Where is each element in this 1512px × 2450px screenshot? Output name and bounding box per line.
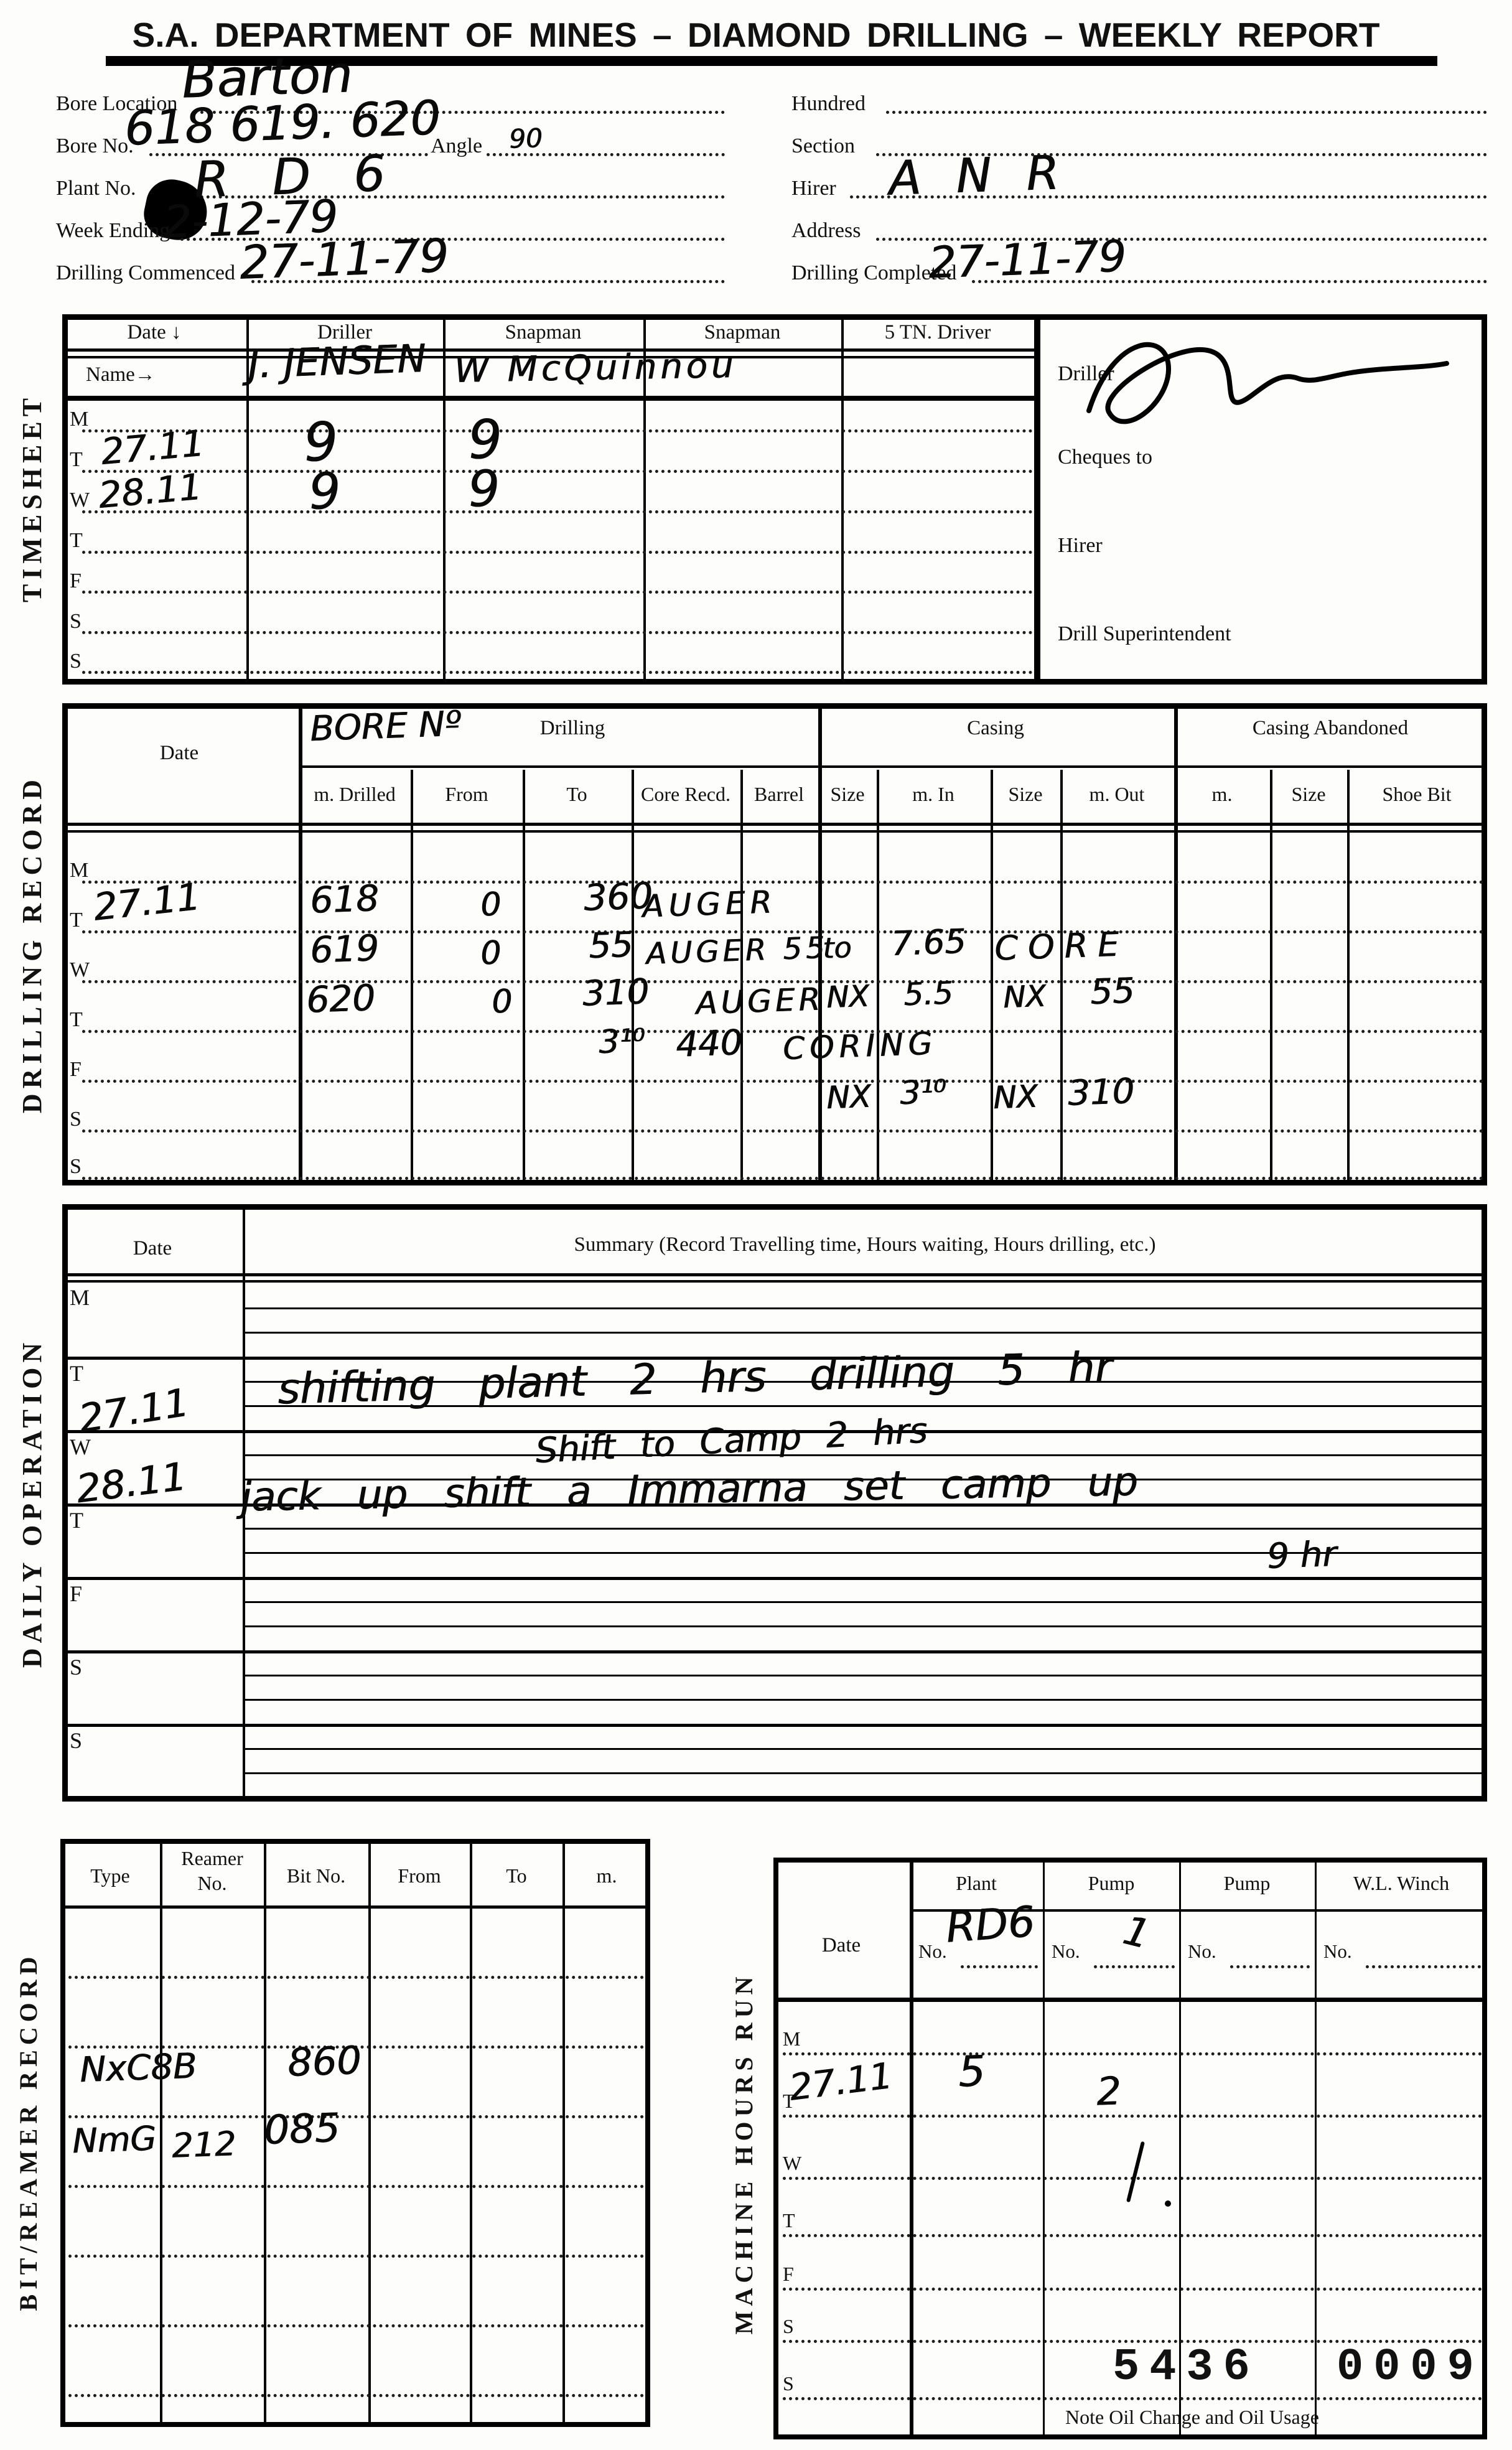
mh-day-label: S xyxy=(783,2315,794,2338)
timesheet-day-label: M xyxy=(70,408,88,431)
dr-s-casing-size2: NX xyxy=(992,1081,1038,1113)
driller-signature xyxy=(1070,324,1462,454)
meter-stamp-left: 5436 xyxy=(1113,2345,1260,2390)
writing-rule xyxy=(245,1699,1487,1701)
mh-day-label: S xyxy=(783,2372,794,2395)
dr-t-date: 27.11 xyxy=(91,878,202,927)
dr-t2-bore: 620 xyxy=(306,980,376,1018)
drill-superintendent-label: Drill Superintendent xyxy=(1058,622,1231,646)
mh-col-pump1: Pump xyxy=(1088,1872,1135,1895)
mh-day-label: M xyxy=(783,2027,800,2050)
dr-t2-from: 0 xyxy=(491,985,513,1018)
br-col-to: To xyxy=(506,1864,526,1887)
br-entry1-type: NxC8B xyxy=(79,2049,197,2088)
sign-hirer-label: Hirer xyxy=(1058,534,1103,558)
dr-day-label: M xyxy=(70,859,88,882)
dr-f-to: 3¹⁰ xyxy=(598,1025,646,1059)
br-entry2-bit-no: 085 xyxy=(263,2108,340,2151)
group-rule xyxy=(299,765,1487,768)
drilling-completed-value: 27-11-79 xyxy=(928,234,1127,284)
dr-w-casing-to: to xyxy=(822,933,852,963)
dr-w-core: AUGER 55 xyxy=(645,933,829,969)
meter-stamp-right: 0009 xyxy=(1337,2345,1484,2390)
hundred-label: Hundred xyxy=(791,92,866,116)
row-line xyxy=(82,1129,1484,1133)
dr-t2-to: 310 xyxy=(582,975,650,1012)
writing-rule xyxy=(245,1307,1487,1309)
br-entry2-type: NmG xyxy=(72,2122,157,2159)
snapman-name-value: W McQuinnou xyxy=(454,348,737,388)
writing-rule xyxy=(245,1454,1487,1456)
dr-col-m: m. xyxy=(1212,783,1233,806)
dr-group-casing-abandoned: Casing Abandoned xyxy=(1253,717,1408,740)
mh-plant-no-label: No. xyxy=(918,1940,947,1963)
weekly-report-form: S.A. DEPARTMENT OF MINES – DIAMOND DRILL… xyxy=(0,0,1512,2450)
dr-t-core: AUGER xyxy=(642,886,777,922)
group-divider xyxy=(1174,703,1178,1185)
writing-rule xyxy=(245,1748,1487,1750)
dr-col-m-out: m. Out xyxy=(1090,783,1145,806)
hirer-label: Hirer xyxy=(791,177,836,200)
header-rule xyxy=(773,1998,1487,2002)
bore-no-label: Bore No. xyxy=(56,134,134,158)
writing-rule xyxy=(245,1332,1487,1334)
dotted-line xyxy=(1230,1965,1310,1968)
dr-t-from: 0 xyxy=(480,888,502,921)
dr-col-m-in: m. In xyxy=(912,783,954,806)
br-col-m: m. xyxy=(597,1864,617,1887)
column-divider xyxy=(562,1839,565,2427)
timesheet-day-label: T xyxy=(70,529,83,553)
timesheet-day-label: W xyxy=(70,489,90,512)
row-line xyxy=(82,591,1033,594)
timesheet-day-label: F xyxy=(70,569,82,593)
week-ending-label: Week Ending xyxy=(56,219,170,243)
dr-group-casing: Casing xyxy=(967,717,1024,740)
do-day-label: M xyxy=(70,1284,90,1311)
column-divider xyxy=(160,1839,162,2427)
row-line xyxy=(68,2324,644,2327)
br-entry2-reamer-no: 212 xyxy=(171,2127,236,2163)
mh-winch-no-label: No. xyxy=(1323,1940,1352,1963)
dr-w-casing-out: CORE xyxy=(994,927,1129,966)
dr-t-bore: 618 xyxy=(309,880,380,919)
dr-t2-casing-size1: NX xyxy=(826,981,869,1012)
mh-col-pump2: Pump xyxy=(1224,1872,1271,1895)
header-rule xyxy=(60,1905,650,1909)
dr-f-core: 440 xyxy=(675,1026,743,1063)
machine-hours-section-label: MACHINE HOURS RUN xyxy=(732,1972,757,2335)
column-divider xyxy=(910,1858,913,2439)
dr-bore-no-handwritten: BORE Nº xyxy=(309,707,462,747)
mh-col-plant: Plant xyxy=(956,1872,997,1895)
column-divider xyxy=(1315,1858,1317,2439)
dr-col-size1: Size xyxy=(830,783,864,806)
dr-f-barrel: CORING xyxy=(782,1028,938,1065)
mh-t-plant-hours: 5 xyxy=(958,2050,986,2093)
timesheet-w-driller-hours: 9 xyxy=(308,466,342,517)
br-col-bit-no: Bit No. xyxy=(287,1864,345,1887)
row-line xyxy=(82,1177,1484,1180)
column-divider xyxy=(841,314,844,685)
dr-w-to: 55 xyxy=(588,928,633,964)
row-line xyxy=(783,2397,1482,2400)
dr-day-label: T xyxy=(70,909,83,932)
header-rule xyxy=(62,1280,1487,1283)
section-label: Section xyxy=(791,134,855,158)
header-rule xyxy=(62,1273,1487,1276)
dr-s-casing-out: 310 xyxy=(1067,1074,1135,1111)
dr-col-m-drilled: m. Drilled xyxy=(314,783,396,806)
mh-day-label: T xyxy=(783,2209,795,2232)
dr-w-from: 0 xyxy=(480,937,502,970)
row-line xyxy=(783,2234,1482,2237)
do-w-summary-line3: 9 hr xyxy=(1266,1537,1337,1574)
row-line xyxy=(82,551,1033,554)
timesheet-day-label: S xyxy=(70,610,82,634)
column-divider xyxy=(443,314,446,685)
br-entry1-bit-no: 860 xyxy=(287,2041,362,2082)
drilling-commenced-value: 27-11-79 xyxy=(239,233,449,286)
dr-day-label: T xyxy=(70,1008,83,1032)
dr-t2-casing-size2: NX xyxy=(1002,981,1046,1012)
row-boundary xyxy=(62,1577,1487,1580)
do-summary-header: Summary (Record Travelling time, Hours w… xyxy=(574,1233,1156,1256)
row-boundary xyxy=(62,1724,1487,1727)
row-line xyxy=(68,2185,644,2188)
angle-value: 90 xyxy=(508,125,543,152)
row-line xyxy=(82,470,1033,473)
timesheet-w-snapman-hours: 9 xyxy=(467,464,501,515)
timesheet-section-label: TIMESHEET xyxy=(19,393,46,602)
mh-t-pump-hours: 2 xyxy=(1096,2072,1122,2111)
timesheet-day-label: S xyxy=(70,650,82,673)
dr-col-shoe-bit: Shoe Bit xyxy=(1382,783,1451,806)
dr-col-size3: Size xyxy=(1291,783,1325,806)
row-line xyxy=(82,510,1033,513)
mh-date-header: Date xyxy=(822,1934,861,1957)
mh-pump1-no-label: No. xyxy=(1052,1940,1080,1963)
dr-col-to: To xyxy=(566,783,587,806)
do-date-header: Date xyxy=(133,1237,172,1260)
dr-s-casing-in: 3¹⁰ xyxy=(899,1076,947,1110)
dr-day-label: F xyxy=(70,1058,82,1082)
column-divider xyxy=(470,1839,472,2427)
name-row-rule xyxy=(62,396,1034,401)
dr-date-header: Date xyxy=(160,742,198,765)
header-rule xyxy=(62,823,1487,826)
do-day-label: F xyxy=(70,1581,82,1607)
row-line xyxy=(68,2255,644,2258)
dr-day-label: S xyxy=(70,1108,82,1131)
row-line xyxy=(68,2115,644,2118)
row-boundary xyxy=(62,1650,1487,1653)
dr-col-from: From xyxy=(445,783,488,806)
row-line xyxy=(783,2115,1482,2118)
row-line xyxy=(82,671,1033,674)
do-day-label: S xyxy=(70,1728,82,1754)
hirer-value: A N R xyxy=(888,149,1070,202)
oil-change-note: Note Oil Change and Oil Usage xyxy=(1065,2406,1319,2429)
dr-w-bore: 619 xyxy=(309,930,380,968)
daily-operation-section-label: DAILY OPERATION xyxy=(19,1338,46,1668)
dr-t2-core: AUGER xyxy=(695,983,824,1019)
header-rule xyxy=(62,830,1487,833)
stray-ink-dot xyxy=(1165,2200,1171,2207)
writing-rule xyxy=(245,1625,1487,1627)
row-line xyxy=(783,2288,1482,2291)
timesheet-w-date: 28.11 xyxy=(97,469,203,513)
timesheet-col-driver: 5 TN. Driver xyxy=(885,321,991,344)
panel-divider xyxy=(1034,314,1040,685)
br-col-type: Type xyxy=(90,1864,130,1887)
dr-s-casing-size1: NX xyxy=(826,1081,871,1113)
writing-rule xyxy=(245,1772,1487,1774)
br-col-reamer-no: Reamer No. xyxy=(172,1846,253,1896)
do-day-label: S xyxy=(70,1654,82,1680)
column-divider xyxy=(368,1839,371,2427)
do-day-label: T xyxy=(70,1360,83,1386)
row-line xyxy=(82,1080,1484,1083)
driller-name-value: J. JENSEN xyxy=(247,339,426,384)
writing-rule xyxy=(245,1601,1487,1603)
dotted-line xyxy=(1094,1965,1175,1968)
mh-day-label: F xyxy=(783,2263,794,2286)
row-line xyxy=(82,429,1033,432)
mh-pump2-no-label: No. xyxy=(1188,1940,1216,1963)
name-row-label: Name→ xyxy=(86,363,156,386)
column-divider xyxy=(299,703,302,1185)
dr-day-label: S xyxy=(70,1155,82,1179)
drilling-commenced-label: Drilling Commenced xyxy=(56,261,235,285)
timesheet-col-date: Date ↓ xyxy=(127,321,181,344)
row-line xyxy=(68,1976,644,1979)
dr-col-size2: Size xyxy=(1008,783,1042,806)
br-col-from: From xyxy=(398,1864,441,1887)
dr-w-casing-in: 7.65 xyxy=(890,925,966,961)
row-line xyxy=(82,631,1033,634)
dotted-line xyxy=(1366,1965,1481,1968)
mh-day-label: W xyxy=(783,2152,801,2175)
mh-col-winch: W.L. Winch xyxy=(1353,1872,1449,1895)
drilling-record-section-label: DRILLING RECORD xyxy=(19,775,46,1113)
row-line xyxy=(68,2394,644,2397)
timesheet-day-label: T xyxy=(70,448,83,472)
bit-reamer-section-label: BIT/REAMER RECORD xyxy=(16,1952,41,2311)
plant-no-label: Plant No. xyxy=(56,177,136,200)
dr-col-core-recd: Core Recd. xyxy=(641,783,730,806)
row-line xyxy=(82,881,1484,884)
writing-rule xyxy=(245,1528,1487,1530)
mh-plant-no-value: RD6 xyxy=(945,1901,1036,1950)
address-label: Address xyxy=(791,219,861,243)
timesheet-col-snapman2: Snapman xyxy=(704,321,781,344)
dr-day-label: W xyxy=(70,958,90,982)
writing-rule xyxy=(245,1675,1487,1676)
dr-col-barrel: Barrel xyxy=(754,783,804,806)
column-divider xyxy=(1043,1858,1045,2439)
dr-t2-casing-out: 55 xyxy=(1090,974,1135,1010)
dotted-line xyxy=(886,111,1487,114)
dr-group-drilling: Drilling xyxy=(540,717,605,740)
dotted-line xyxy=(961,1965,1038,1968)
timesheet-t-date: 27.11 xyxy=(100,425,205,470)
dr-t2-casing-in: 5.5 xyxy=(903,978,953,1011)
timesheet-col-snapman1: Snapman xyxy=(505,321,582,344)
